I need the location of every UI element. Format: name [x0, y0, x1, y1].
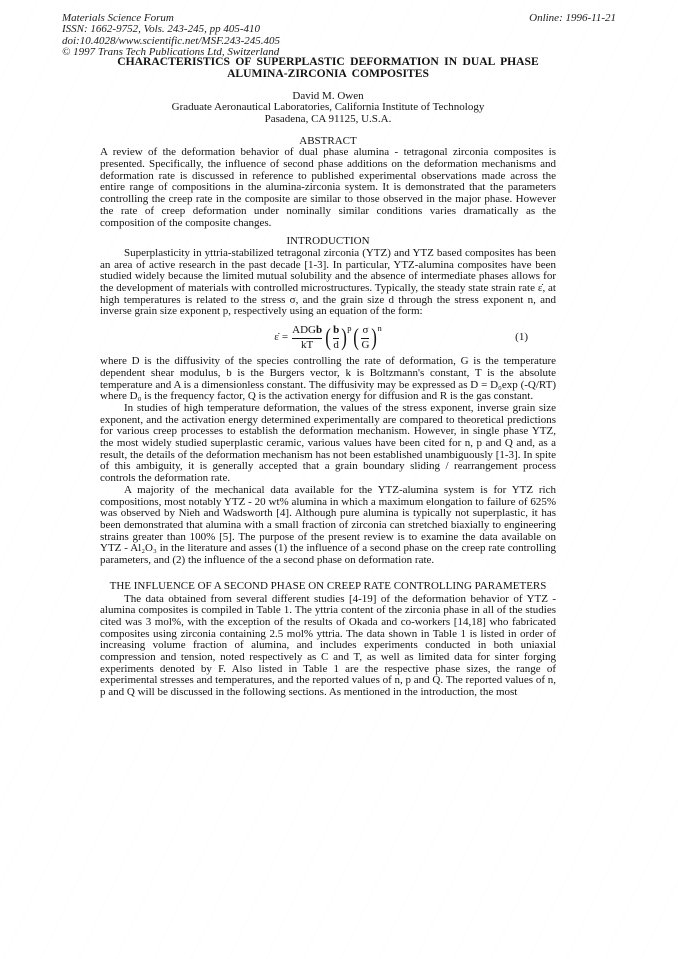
abstract-text: A review of the deformation behavior of … [100, 147, 556, 229]
introduction-paragraph-2: where D is the diffusivity of the specie… [100, 356, 556, 403]
section2-paragraph-1: The data obtained from several different… [100, 594, 556, 699]
grain-size-fraction: b d [333, 325, 339, 351]
main-fraction-numerator: ADGb [292, 325, 322, 337]
grain-size-numerator: b [333, 325, 339, 337]
open-paren: ( [325, 328, 331, 348]
stress-term: ( σ G ) n [352, 325, 381, 351]
burgers-vector-symbol: b [316, 324, 322, 336]
main-fraction-denominator: kT [301, 340, 313, 352]
author-address: Pasadena, CA 91125, U.S.A. [100, 114, 556, 126]
article-body: CHARACTERISTICS OF SUPERPLASTIC DEFORMAT… [100, 56, 556, 699]
equation-block: ε̇ = ADGb kT ( b d ) p [100, 323, 556, 353]
author-block: David M. Owen Graduate Aeronautical Labo… [100, 91, 556, 126]
equals-sign: = [282, 332, 288, 344]
grain-size-denominator: d [333, 340, 339, 352]
paper-title: CHARACTERISTICS OF SUPERPLASTIC DEFORMAT… [100, 56, 556, 81]
close-paren: ) [341, 328, 347, 348]
stress-numerator: σ [362, 325, 368, 337]
online-date: Online: 1996-11-21 [529, 13, 616, 24]
paper-page: Materials Science Forum Online: 1996-11-… [0, 0, 678, 959]
stress-exponent: n [377, 323, 381, 335]
stress-denominator: G [361, 340, 369, 352]
main-fraction: ADGb kT [292, 325, 322, 351]
publication-header: Materials Science Forum Online: 1996-11-… [62, 13, 616, 59]
stress-fraction: σ G [361, 325, 369, 351]
grain-size-exponent: p [347, 323, 351, 335]
equation-number: (1) [515, 332, 528, 344]
strain-rate-symbol: ε̇ [274, 332, 279, 344]
section2-heading: THE INFLUENCE OF A SECOND PHASE ON CREEP… [100, 581, 556, 593]
introduction-paragraph-4: A majority of the mechanical data availa… [100, 485, 556, 567]
numerator-prefix: ADG [292, 324, 316, 336]
open-paren: ( [354, 328, 360, 348]
close-paren: ) [372, 328, 378, 348]
paper-title-line2: ALUMINA-ZIRCONIA COMPOSITES [100, 68, 556, 80]
introduction-paragraph-1: Superplasticity in yttria-stabilized tet… [100, 248, 556, 318]
grain-size-term: ( b d ) p [324, 325, 351, 351]
equation-1: ε̇ = ADGb kT ( b d ) p [274, 325, 381, 351]
introduction-paragraph-3: In studies of high temperature deformati… [100, 403, 556, 485]
